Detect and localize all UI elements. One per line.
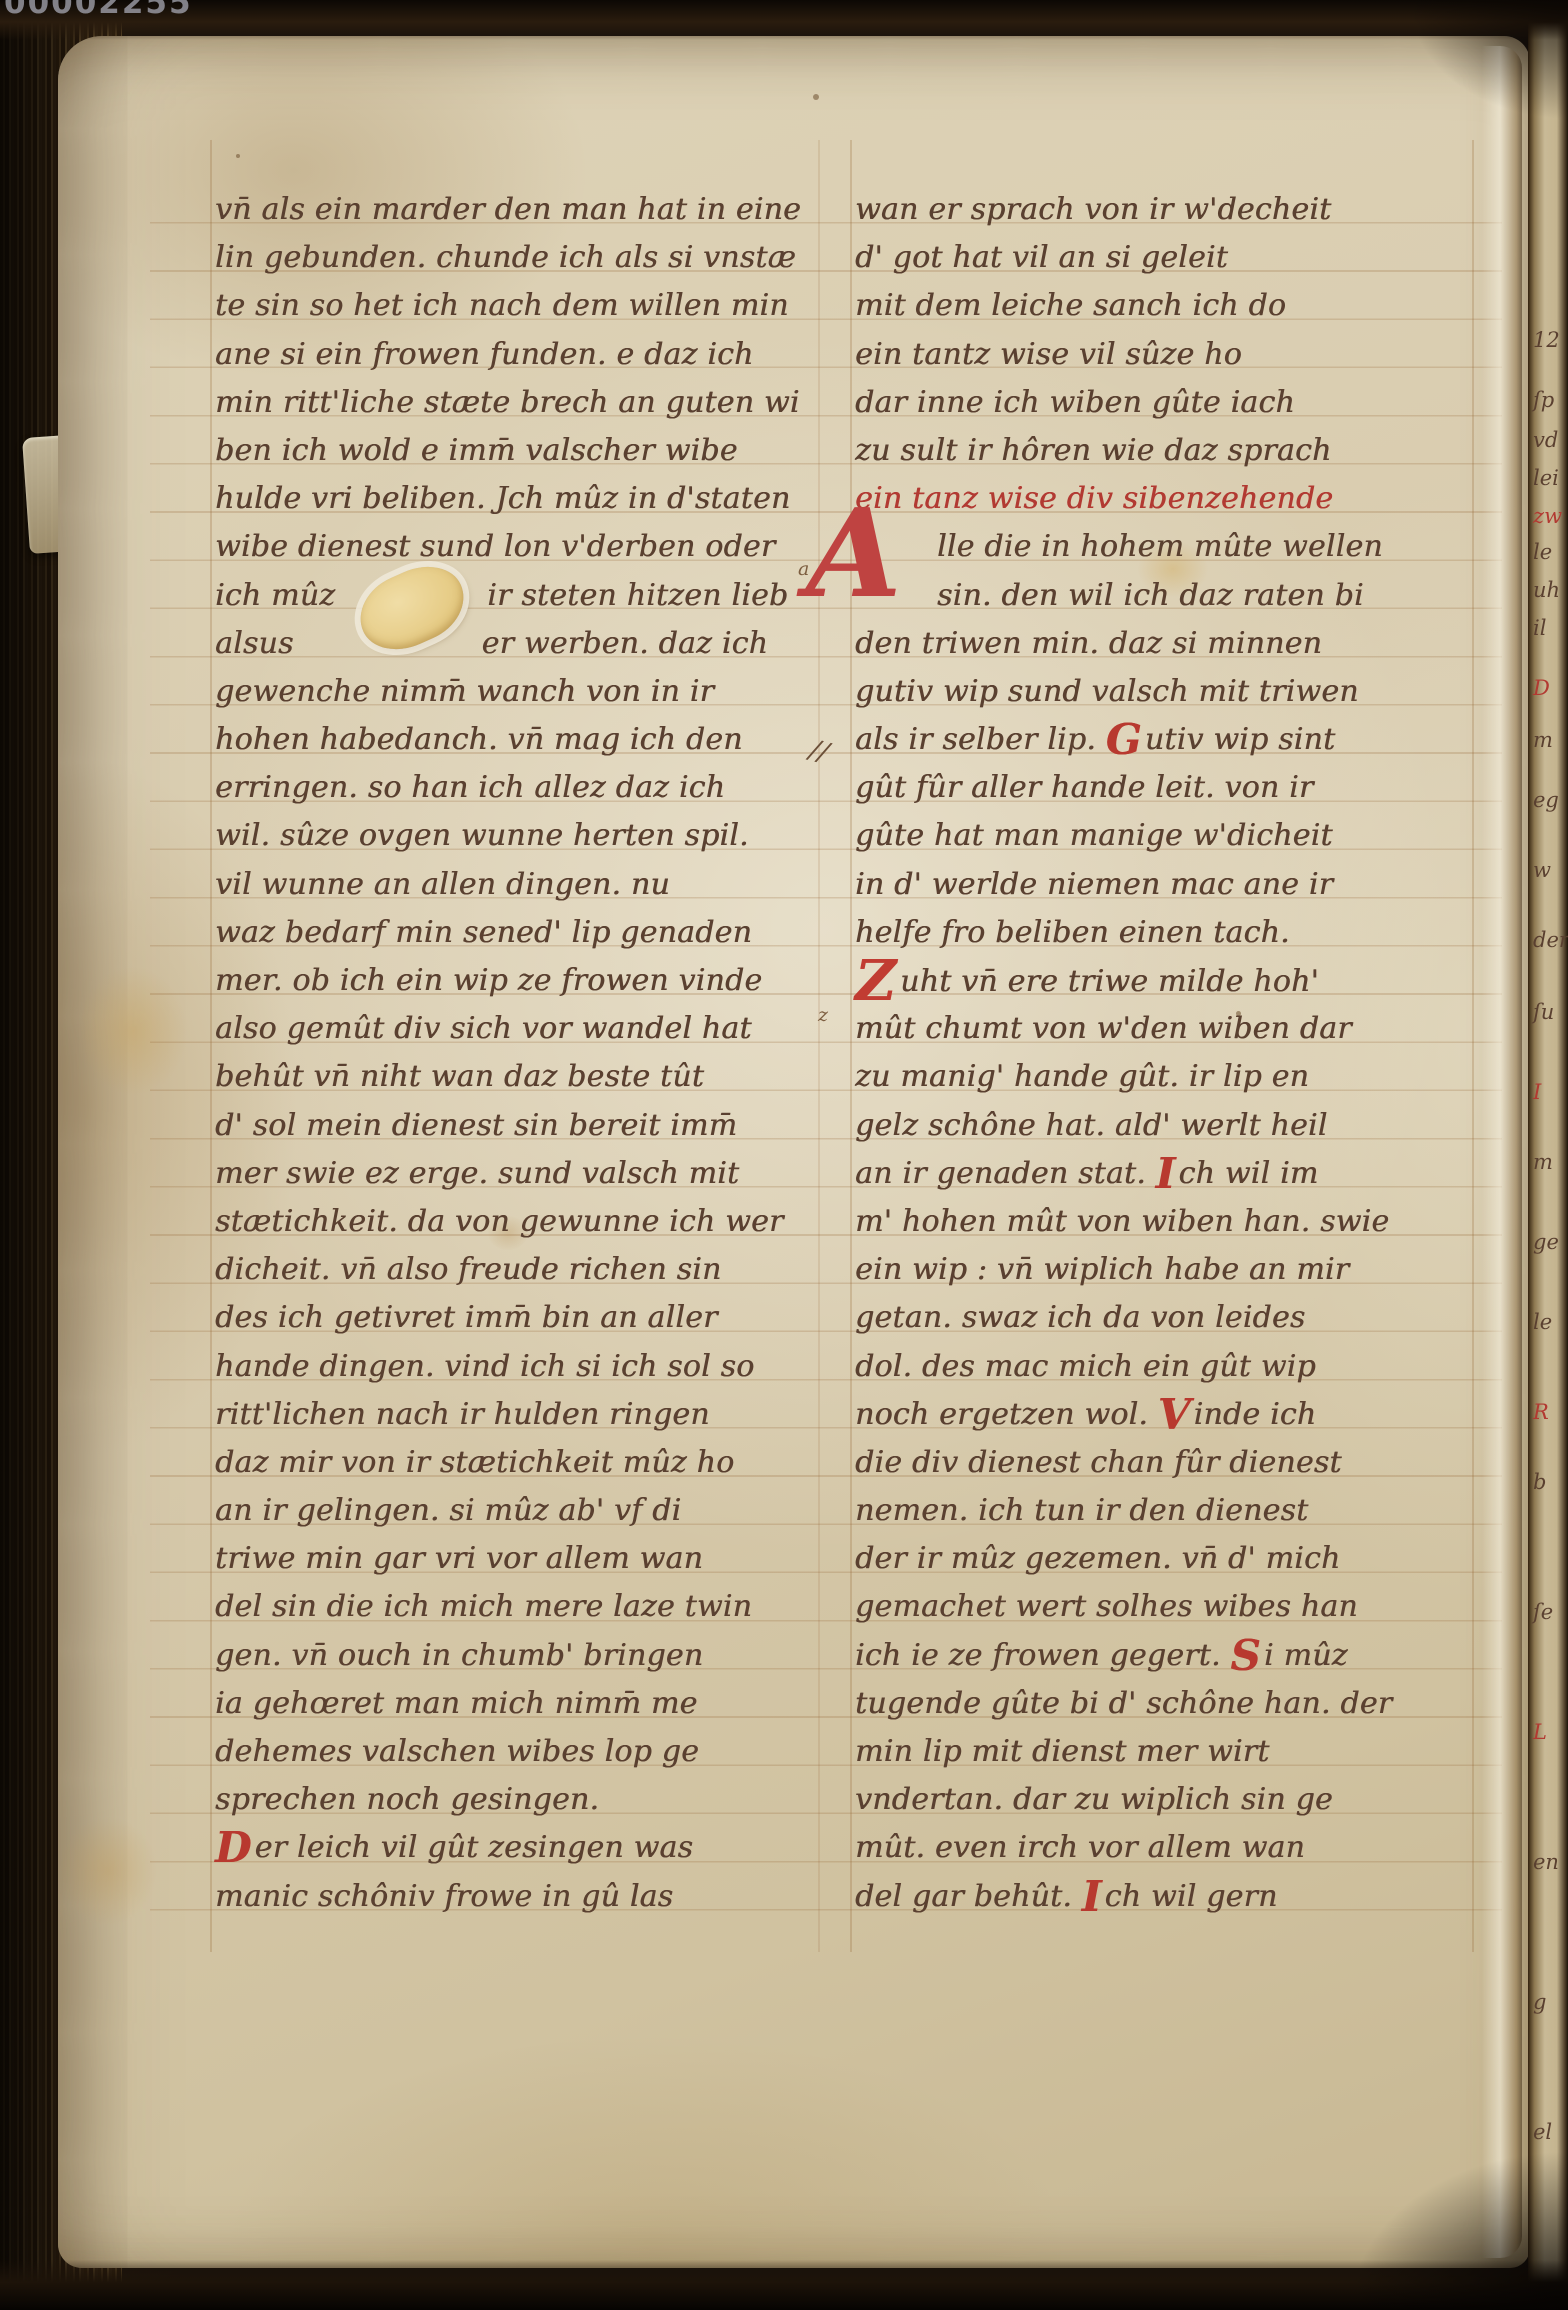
text-segment: gûte hat man manige w'dicheit — [855, 818, 1333, 853]
edge-text-fragment: vd — [1533, 428, 1558, 452]
text-line: wil. sûze ovgen wunne herten spil. — [215, 812, 829, 860]
text-segment: mit dem leiche sanch ich do — [855, 288, 1286, 323]
text-line: getan. swaz ich da von leides — [855, 1294, 1477, 1342]
text-line: hande dingen. vind ich si ich sol so — [215, 1343, 829, 1391]
edge-text-fragment: zw — [1533, 504, 1562, 528]
text-line: dehemes valschen wibes lop ge — [215, 1728, 829, 1776]
edge-text-fragment: I — [1533, 1080, 1541, 1104]
text-line: Zuht vn̄ ere triwe milde hoh' — [855, 957, 1477, 1005]
text-line: noch ergetzen wol. Vinde ich — [855, 1391, 1477, 1439]
text-segment: helfe fro beliben einen tach. — [855, 915, 1290, 950]
text-line: del sin die ich mich mere laze twin — [215, 1583, 829, 1631]
text-segment: dehemes valschen wibes lop ge — [215, 1734, 699, 1769]
text-line: ich ie ze frowen gegert. Si mûz — [855, 1632, 1477, 1680]
text-line: mit dem leiche sanch ich do — [855, 282, 1477, 330]
text-line: d' sol mein dienest sin bereit imm̄ — [215, 1102, 829, 1150]
text-line: tugende gûte bi d' schône han. der — [855, 1680, 1477, 1728]
text-line: als ir selber lip. Gutiv wip sint — [855, 716, 1477, 764]
text-segment: sprechen noch gesingen. — [215, 1782, 599, 1817]
text-segment: nemen. ich tun ir den dienest — [855, 1493, 1308, 1528]
text-line: sprechen noch gesingen. — [215, 1776, 829, 1824]
text-line: vn̄ als ein marder den man hat in eine — [215, 186, 829, 234]
edge-text-fragment: uh — [1533, 578, 1560, 602]
text-segment: den triwen min. daz si minnen — [855, 626, 1322, 661]
text-segment: zu manig' hande gût. ir lip en — [855, 1059, 1309, 1094]
text-segment: uht vn̄ ere triwe milde hoh' — [900, 964, 1319, 999]
text-line: lin gebunden. chunde ich als si vnstæ — [215, 234, 829, 282]
guide-letter-z: z — [818, 1004, 828, 1026]
text-line: vil wunne an allen dingen. nu — [215, 861, 829, 909]
edge-text-fragment: ſp — [1533, 388, 1554, 412]
edge-text-fragment: w — [1533, 858, 1551, 882]
edge-text-fragment: ſu — [1533, 1000, 1554, 1024]
text-line: gutiv wip sund valsch mit triwen — [855, 668, 1477, 716]
text-line: behût vn̄ niht wan daz beste tût — [215, 1053, 829, 1101]
edge-text-fragment: le — [1533, 1310, 1552, 1334]
text-line: dicheit. vn̄ also freude richen sin — [215, 1246, 829, 1294]
text-segment: erringen. so han ich allez daz ich — [215, 770, 725, 805]
text-segment: hande dingen. vind ich si ich sol so — [215, 1349, 754, 1384]
text-segment: ein tantz wise vil sûze ho — [855, 337, 1242, 372]
edge-text-fragment: il — [1533, 616, 1546, 640]
text-segment: ritt'lichen nach ir hulden ringen — [215, 1397, 710, 1432]
ink-speck — [236, 154, 240, 158]
text-segment: als ir selber lip. — [855, 722, 1106, 757]
text-segment: wan er sprach von ir w'decheit — [855, 192, 1331, 227]
edge-text-fragment: el — [1533, 2120, 1552, 2144]
text-segment: del sin die ich mich mere laze twin — [215, 1589, 752, 1624]
rubricated-initial: S — [1230, 1631, 1261, 1680]
edge-text-fragment: b — [1533, 1470, 1546, 1494]
text-segment: stætichkeit. da von gewunne ich wer — [215, 1204, 784, 1239]
text-segment: alsus — [215, 626, 294, 661]
text-segment: gewenche nimm̄ wanch von in ir — [215, 674, 714, 709]
text-line: an ir genaden stat. Ich wil im — [855, 1150, 1477, 1198]
edge-text-fragment: le — [1533, 540, 1552, 564]
text-segment: getan. swaz ich da von leides — [855, 1300, 1305, 1335]
text-segment: behût vn̄ niht wan daz beste tût — [215, 1059, 704, 1094]
text-column-right: wan er sprach von ir w'decheitd' got hat… — [855, 186, 1477, 1921]
text-line: sin. den wil ich daz raten bi — [855, 572, 1477, 620]
text-segment: gemachet wert solhes wibes han — [855, 1589, 1358, 1624]
edge-text-fragment: lei — [1533, 466, 1559, 490]
text-line: mût chumt von w'den wiben dar — [855, 1005, 1477, 1053]
text-segment: ch wil im — [1179, 1156, 1319, 1191]
text-segment: wil. sûze ovgen wunne herten spil. — [215, 818, 749, 853]
text-segment: vndertan. dar zu wiplich sin ge — [855, 1782, 1333, 1817]
text-segment: er werben. daz ich — [482, 626, 769, 661]
edge-text-fragment: en — [1533, 1850, 1559, 1874]
text-segment: gelz schône hat. ald' werlt heil — [855, 1108, 1328, 1143]
rubricated-initial: V — [1158, 1390, 1191, 1439]
edge-text-fragment: D — [1533, 676, 1550, 700]
edge-text-fragment: m — [1533, 1150, 1553, 1174]
text-line: nemen. ich tun ir den dienest — [855, 1487, 1477, 1535]
text-line: del gar behût. Ich wil gern — [855, 1873, 1477, 1921]
text-segment: vn̄ als ein marder den man hat in eine — [215, 192, 801, 227]
text-segment: dicheit. vn̄ also freude richen sin — [215, 1252, 721, 1287]
text-line: den triwen min. daz si minnen — [855, 620, 1477, 668]
text-segment: ich ie ze frowen gegert. — [855, 1638, 1230, 1673]
frame-corner — [1348, 2150, 1568, 2310]
text-line: ich mûzir steten hitzen lieb — [215, 572, 829, 620]
text-line: wibe dienest sund lon v'derben oder — [215, 523, 829, 571]
rubricated-initial: I — [1156, 1149, 1176, 1198]
text-segment: manic schôniv frowe in gû las — [215, 1879, 673, 1914]
edge-text-fragment: der — [1533, 928, 1568, 952]
text-line: in d' werlde niemen mac ane ir — [855, 861, 1477, 909]
ink-speck — [813, 94, 819, 100]
text-line: zu manig' hande gût. ir lip en — [855, 1053, 1477, 1101]
text-segment: mût. even irch vor allem wan — [855, 1830, 1305, 1865]
text-segment: m' hohen mût von wiben han. swie — [855, 1204, 1389, 1239]
text-segment: zu sult ir hôren wie daz sprach — [855, 433, 1332, 468]
text-line: alsuser werben. daz ich — [215, 620, 829, 668]
text-segment: noch ergetzen wol. — [855, 1397, 1158, 1432]
guide-letter-a: a — [798, 558, 809, 580]
text-segment: daz mir von ir stætichkeit mûz ho — [215, 1445, 734, 1480]
text-segment: in d' werlde niemen mac ane ir — [855, 867, 1333, 902]
text-line: gûte hat man manige w'dicheit — [855, 812, 1477, 860]
text-segment: sin. den wil ich daz raten bi — [937, 578, 1364, 613]
text-column-left: vn̄ als ein marder den man hat in eineli… — [215, 186, 829, 1921]
parchment-page: vn̄ als ein marder den man hat in eineli… — [58, 36, 1530, 2268]
manuscript-scan: vn̄ als ein marder den man hat in eineli… — [0, 0, 1568, 2310]
text-segment: mût chumt von w'den wiben dar — [855, 1011, 1352, 1046]
text-segment: tugende gûte bi d' schône han. der — [855, 1686, 1392, 1721]
text-line: Der leich vil gût zesingen was — [215, 1824, 829, 1872]
text-segment: inde ich — [1194, 1397, 1317, 1432]
text-segment: ein tanz wise div sibenzehende — [855, 481, 1333, 516]
text-line: helfe fro beliben einen tach. — [855, 909, 1477, 957]
text-segment: mer. ob ich ein wip ze frowen vinde — [215, 963, 762, 998]
text-segment: min ritt'liche stæte brech an guten wi — [215, 385, 800, 420]
text-segment: waz bedarf min sened' lip genaden — [215, 915, 752, 950]
text-segment: gût fûr aller hande leit. von ir — [855, 770, 1313, 805]
text-segment: also gemût div sich vor wandel hat — [215, 1011, 752, 1046]
text-line: erringen. so han ich allez daz ich — [215, 764, 829, 812]
text-segment: hohen habedanch. vn̄ mag ich den — [215, 722, 743, 757]
text-segment: an ir gelingen. si mûz ab' vf di — [215, 1493, 681, 1528]
text-segment: gutiv wip sund valsch mit triwen — [855, 674, 1359, 709]
edge-text-fragment: L — [1533, 1720, 1547, 1744]
text-line: stætichkeit. da von gewunne ich wer — [215, 1198, 829, 1246]
text-line: mer. ob ich ein wip ze frowen vinde — [215, 957, 829, 1005]
text-segment: te sin so het ich nach dem willen min — [215, 288, 789, 323]
text-segment: i mûz — [1264, 1638, 1348, 1673]
text-segment: ein wip : vn̄ wiplich habe an mir — [855, 1252, 1349, 1287]
text-line: gemachet wert solhes wibes han — [855, 1583, 1477, 1631]
text-segment: lin gebunden. chunde ich als si vnstæ — [215, 240, 796, 275]
text-segment: dol. des mac mich ein gût wip — [855, 1349, 1316, 1384]
text-line: min ritt'liche stæte brech an guten wi — [215, 379, 829, 427]
text-line: gût fûr aller hande leit. von ir — [855, 764, 1477, 812]
text-segment: vil wunne an allen dingen. nu — [215, 867, 670, 902]
text-line: zu sult ir hôren wie daz sprach — [855, 427, 1477, 475]
text-line: dar inne ich wiben gûte iach — [855, 379, 1477, 427]
next-folio-edge: 12ſpvdleizwleuhilDmegwderſuImgeleRbſeLen… — [1528, 0, 1568, 2310]
text-line: ein tanz wise div sibenzehende — [855, 475, 1477, 523]
edge-text-fragment: R — [1533, 1400, 1549, 1424]
text-segment: d' sol mein dienest sin bereit imm̄ — [215, 1108, 737, 1143]
text-line: wan er sprach von ir w'decheit — [855, 186, 1477, 234]
stain — [58, 1816, 158, 1926]
text-segment: ir steten hitzen lieb — [487, 578, 788, 613]
ruling-line-vertical — [850, 140, 852, 1952]
text-segment: an ir genaden stat. — [855, 1156, 1156, 1191]
text-line: ane si ein frowen funden. e daz ich — [215, 331, 829, 379]
text-segment: d' got hat vil an si geleit — [855, 240, 1228, 275]
text-line: te sin so het ich nach dem willen min — [215, 282, 829, 330]
text-line: manic schôniv frowe in gû las — [215, 1873, 829, 1921]
text-line: die div dienest chan fûr dienest — [855, 1439, 1477, 1487]
rubricated-initial: Z — [855, 948, 896, 1014]
text-line: ein tantz wise vil sûze ho — [855, 331, 1477, 379]
edge-text-fragment: m — [1533, 728, 1553, 752]
frame-bottom — [0, 2260, 1568, 2310]
text-line: lle die in hohem mûte wellen — [855, 523, 1477, 571]
text-segment: er leich vil gût zesingen was — [255, 1830, 693, 1865]
text-line: gewenche nimm̄ wanch von in ir — [215, 668, 829, 716]
text-line: gelz schône hat. ald' werlt heil — [855, 1102, 1477, 1150]
text-segment: hulde vri beliben. Jch mûz in d'staten — [215, 481, 790, 516]
scan-id-watermark: 00002255 — [4, 0, 193, 21]
text-segment: wibe dienest sund lon v'derben oder — [215, 529, 775, 564]
edge-text-fragment: ge — [1533, 1230, 1559, 1254]
text-segment: ia gehœret man mich nimm̄ me — [215, 1686, 698, 1721]
text-line: daz mir von ir stætichkeit mûz ho — [215, 1439, 829, 1487]
rubricated-initial: I — [1082, 1872, 1102, 1921]
text-line: ritt'lichen nach ir hulden ringen — [215, 1391, 829, 1439]
text-line: min lip mit dienst mer wirt — [855, 1728, 1477, 1776]
text-segment: ane si ein frowen funden. e daz ich — [215, 337, 754, 372]
text-segment: dar inne ich wiben gûte iach — [855, 385, 1295, 420]
text-segment: ben ich wold e imm̄ valscher wibe — [215, 433, 738, 468]
text-segment: del gar behût. — [855, 1879, 1082, 1914]
text-line: m' hohen mût von wiben han. swie — [855, 1198, 1477, 1246]
frame-top — [0, 0, 1568, 40]
edge-text-fragment: 12 — [1533, 328, 1560, 352]
text-segment: der ir mûz gezemen. vn̄ d' mich — [855, 1541, 1341, 1576]
text-line: des ich getivret imm̄ bin an aller — [215, 1294, 829, 1342]
text-line: dol. des mac mich ein gût wip — [855, 1343, 1477, 1391]
illuminated-initial-a: A — [806, 492, 901, 614]
text-segment: lle die in hohem mûte wellen — [937, 529, 1383, 564]
text-line: hulde vri beliben. Jch mûz in d'staten — [215, 475, 829, 523]
text-segment: ich mûz — [215, 578, 335, 613]
text-segment: triwe min gar vri vor allem wan — [215, 1541, 703, 1576]
frame-corner — [1408, 0, 1568, 120]
rubricated-initial: D — [215, 1823, 252, 1872]
edge-text-fragment: g — [1533, 1990, 1546, 2014]
text-line: also gemût div sich vor wandel hat — [215, 1005, 829, 1053]
ruling-line-vertical — [210, 140, 212, 1952]
text-line: gen. vn̄ ouch in chumb' bringen — [215, 1632, 829, 1680]
text-segment: die div dienest chan fûr dienest — [855, 1445, 1342, 1480]
text-line: ein wip : vn̄ wiplich habe an mir — [855, 1246, 1477, 1294]
text-segment: ch wil gern — [1105, 1879, 1278, 1914]
text-line: d' got hat vil an si geleit — [855, 234, 1477, 282]
edge-text-fragment: eg — [1533, 788, 1559, 812]
page-fold-edge — [1482, 46, 1522, 2258]
text-line: vndertan. dar zu wiplich sin ge — [855, 1776, 1477, 1824]
edge-text-fragment: ſe — [1533, 1600, 1553, 1624]
text-line: ben ich wold e imm̄ valscher wibe — [215, 427, 829, 475]
rubricated-initial: G — [1106, 715, 1142, 764]
text-segment: gen. vn̄ ouch in chumb' bringen — [215, 1638, 703, 1673]
text-segment: des ich getivret imm̄ bin an aller — [215, 1300, 718, 1335]
text-segment: utiv wip sint — [1145, 722, 1335, 757]
text-line: mer swie ez erge. sund valsch mit — [215, 1150, 829, 1198]
text-line: waz bedarf min sened' lip genaden — [215, 909, 829, 957]
text-line: ia gehœret man mich nimm̄ me — [215, 1680, 829, 1728]
text-line: mût. even irch vor allem wan — [855, 1824, 1477, 1872]
text-segment: mer swie ez erge. sund valsch mit — [215, 1156, 739, 1191]
text-line: hohen habedanch. vn̄ mag ich den — [215, 716, 829, 764]
text-segment: min lip mit dienst mer wirt — [855, 1734, 1269, 1769]
text-line: an ir gelingen. si mûz ab' vf di — [215, 1487, 829, 1535]
text-line: triwe min gar vri vor allem wan — [215, 1535, 829, 1583]
text-line: der ir mûz gezemen. vn̄ d' mich — [855, 1535, 1477, 1583]
